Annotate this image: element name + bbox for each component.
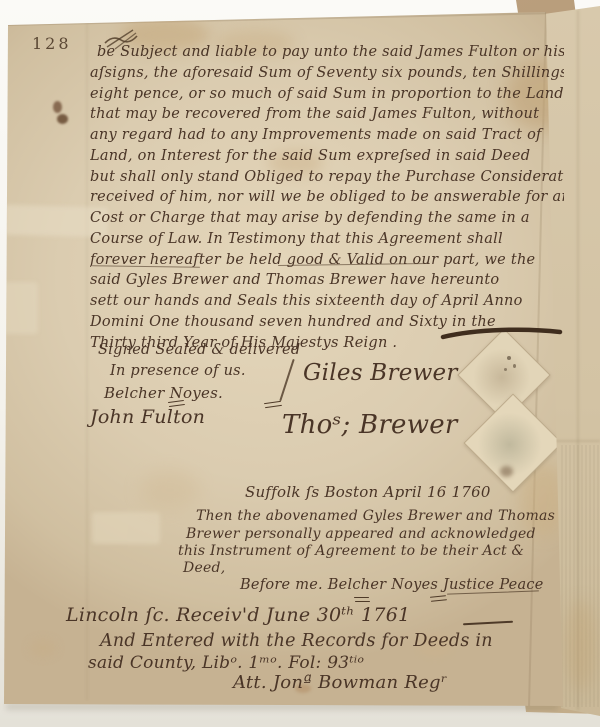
flourish-line [441, 326, 563, 342]
deed-line: any regard had to any Improvements made … [90, 125, 564, 146]
double-stroke-mark [431, 599, 447, 602]
witness-name: Belcher Noyes. [104, 384, 223, 402]
deed-line: but shall only stand Obliged to repay th… [90, 167, 564, 188]
deed-line: said Gyles Brewer and Thomas Brewer have… [90, 270, 564, 291]
recording-entered: And Entered with the Records for Deeds i… [100, 631, 493, 651]
double-stroke-mark [264, 401, 281, 405]
witness-name: John Fulton [90, 406, 205, 428]
ack-line: Brewer personally appeared and acknowled… [186, 526, 536, 542]
page-number: 128 [32, 34, 72, 53]
recording-attest: Att. Jonª Bowman Regʳ [233, 672, 447, 693]
deed-line: be Subject and liable to pay unto the sa… [90, 42, 564, 63]
deed-line: Course of Law. In Testimony that this Ag… [90, 229, 564, 250]
double-stroke-mark [430, 595, 446, 598]
brace-mark [279, 359, 294, 401]
double-stroke-mark [354, 597, 369, 598]
signature-giles-brewer: Giles Brewer [303, 360, 458, 386]
ack-dateline: Suffolk ſs Boston April 16 1760 [245, 483, 491, 501]
deed-line: Land, on Interest for the said Sum expre… [90, 146, 564, 167]
double-stroke-mark [355, 601, 370, 602]
double-stroke-mark [265, 405, 282, 409]
ack-line: this Instrument of Agreement to be their… [178, 543, 524, 559]
ack-line: Then the abovenamed Gyles Brewer and Tho… [196, 508, 555, 524]
deed-line: eight pence, or so much of said Sum in p… [90, 84, 564, 105]
witness-presence: In presence of us. [110, 363, 246, 379]
recording-received: Lincoln ſc. Receiv'd June 30ᵗʰ 1761 [66, 604, 410, 626]
deed-line: that may be recovered from the said Jame… [90, 104, 564, 125]
ack-justice: Before me. Belcher Noyes Justice Peace [240, 577, 544, 593]
dash-line [463, 621, 513, 626]
witness-attestation: Signed Sealed & delivered [98, 342, 300, 358]
deed-body: be Subject and liable to pay unto the sa… [90, 42, 564, 354]
document-scan: 128 be Subject and liable to pay unto th… [0, 0, 600, 727]
deed-line: aſsigns, the aforesaid Sum of Seventy si… [90, 63, 564, 84]
signature-thomas-brewer: Thoˢ; Brewer [282, 410, 458, 440]
deed-line: received of him, nor will we be obliged … [90, 187, 564, 208]
deed-line: Cost or Charge that may arise by defendi… [90, 208, 564, 229]
recording-reference: said County, Libᵒ. 1ᵐᵒ. Fol: 93ᵗⁱᵒ [88, 653, 364, 673]
deed-line: sett our hands and Seals this sixteenth … [90, 291, 564, 312]
ack-line: Deed, [183, 560, 225, 576]
